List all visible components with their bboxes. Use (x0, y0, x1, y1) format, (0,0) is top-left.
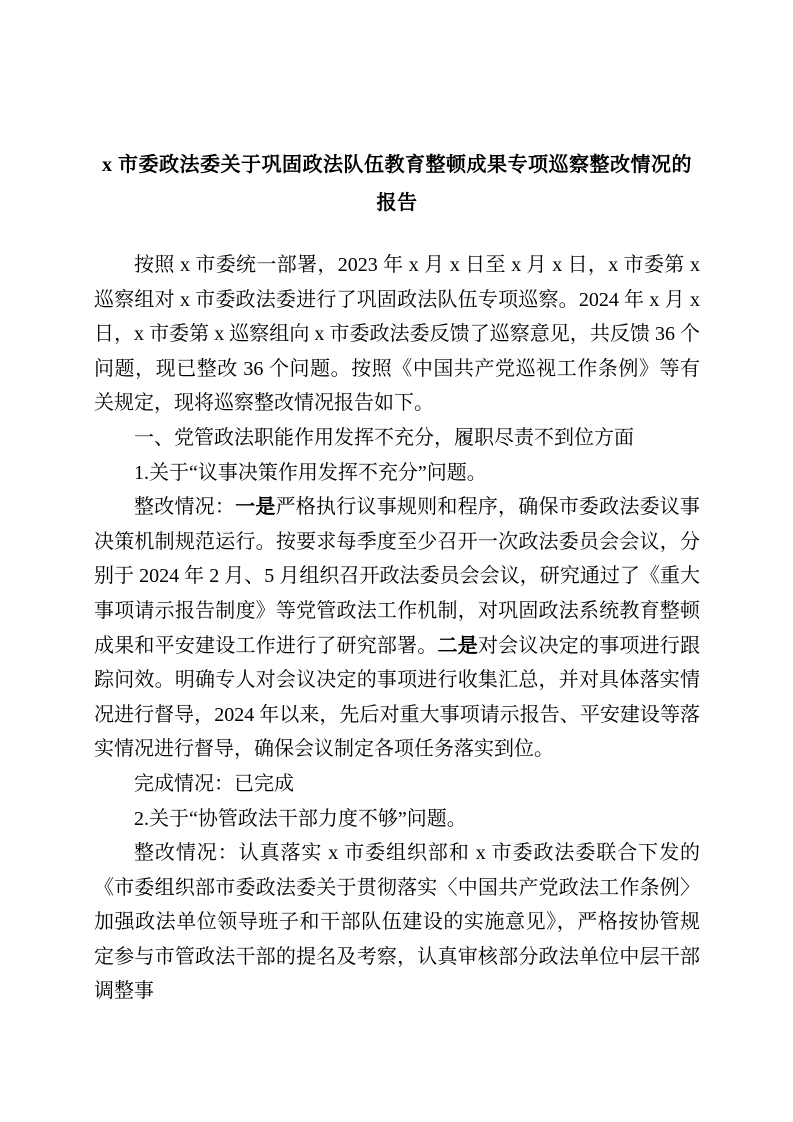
bold-text-run: 二是 (438, 635, 478, 657)
text-run: 一、党管政法职能作用发挥不充分，履职尽责不到位方面 (134, 427, 634, 449)
paragraph-issue-2-title: 2.关于“协管政法干部力度不够”问题。 (94, 802, 700, 837)
document-body: 按照 x 市委统一部署，2023 年 x 月 x 日至 x 月 x 日，x 市委… (94, 248, 700, 1009)
paragraph-intro: 按照 x 市委统一部署，2023 年 x 月 x 日至 x 月 x 日，x 市委… (94, 248, 700, 421)
text-run: 严格执行议事规则和程序，确保市委政法委议事决策机制规范运行。按要求每季度至少召开… (94, 496, 700, 656)
paragraph-issue-1-rectification: 整改情况：一是严格执行议事规则和程序，确保市委政法委议事决策机制规范运行。按要求… (94, 490, 700, 767)
paragraph-issue-1-title: 1.关于“议事决策作用发挥不充分”问题。 (94, 456, 700, 491)
text-run: 2.关于“协管政法干部力度不够”问题。 (134, 808, 467, 830)
text-run: 按照 x 市委统一部署，2023 年 x 月 x 日至 x 月 x 日，x 市委… (94, 254, 700, 414)
document-page: x 市委政法委关于巩固政法队伍教育整顿成果专项巡察整改情况的报告 按照 x 市委… (0, 0, 793, 1122)
text-run: 1.关于“议事决策作用发挥不充分”问题。 (134, 462, 487, 484)
text-run: 整改情况： (134, 496, 235, 518)
text-run: 完成情况：已完成 (134, 773, 294, 795)
paragraph-section-1-heading: 一、党管政法职能作用发挥不充分，履职尽责不到位方面 (94, 421, 700, 456)
bold-text-run: 一是 (235, 496, 275, 518)
document-title: x 市委政法委关于巩固政法队伍教育整顿成果专项巡察整改情况的报告 (94, 146, 700, 222)
paragraph-issue-2-rectification: 整改情况：认真落实 x 市委组织部和 x 市委政法委联合下发的《市委组织部市委政… (94, 836, 700, 1009)
paragraph-issue-1-status: 完成情况：已完成 (94, 767, 700, 802)
text-run: 整改情况：认真落实 x 市委组织部和 x 市委政法委联合下发的《市委组织部市委政… (94, 842, 700, 1002)
